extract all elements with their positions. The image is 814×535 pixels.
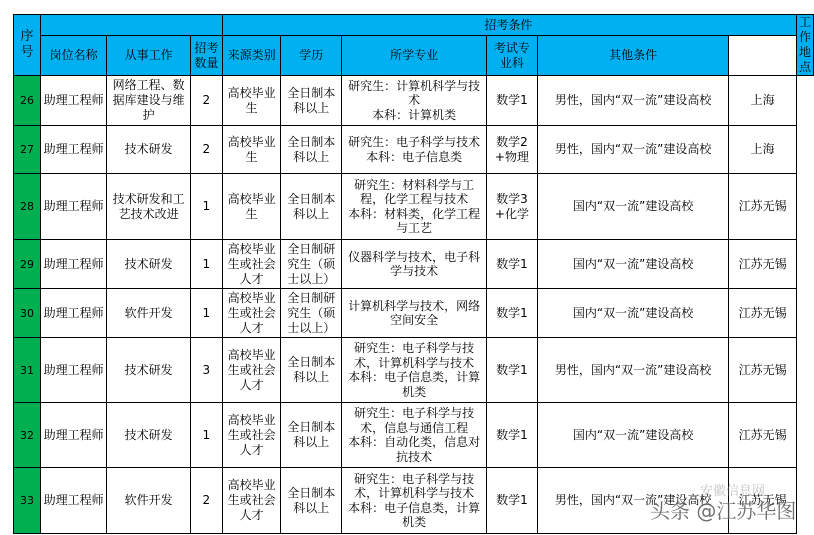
cell-exam: 数学1 bbox=[487, 403, 538, 468]
cell-source: 高校毕业生 bbox=[222, 174, 281, 240]
header-blank bbox=[40, 15, 222, 36]
cell-exam: 数学2+物理 bbox=[487, 126, 538, 174]
cell-work: 技术研发 bbox=[107, 403, 191, 468]
cell-education: 全日制本科以上 bbox=[281, 403, 342, 468]
table-row: 29助理工程师技术研发1高校毕业生或社会人才全日制研究生（硕士以上）仪器科学与技… bbox=[14, 240, 814, 289]
cell-seq: 26 bbox=[14, 76, 41, 126]
cell-other: 国内“双一流”建设高校 bbox=[537, 403, 729, 468]
cell-source: 高校毕业生或社会人才 bbox=[222, 468, 281, 534]
cell-major: 研究生：电子科学与技术，计算机科学与技术 本科：电子信息类，计算机类 bbox=[342, 468, 487, 534]
cell-work: 技术研发 bbox=[107, 240, 191, 289]
cell-exam: 数学1 bbox=[487, 468, 538, 534]
cell-education: 全日制本科以上 bbox=[281, 76, 342, 126]
cell-major: 研究生：计算机科学与技术 本科：计算机类 bbox=[342, 76, 487, 126]
cell-exam: 数学1 bbox=[487, 76, 538, 126]
cell-education: 全日制本科以上 bbox=[281, 174, 342, 240]
cell-count: 1 bbox=[190, 240, 222, 289]
cell-work: 技术研发 bbox=[107, 338, 191, 403]
header-location: 工作地点 bbox=[796, 15, 813, 76]
cell-position: 助理工程师 bbox=[40, 174, 107, 240]
cell-position: 助理工程师 bbox=[40, 240, 107, 289]
cell-other: 男性，国内“双一流”建设高校 bbox=[537, 76, 729, 126]
cell-source: 高校毕业生或社会人才 bbox=[222, 240, 281, 289]
cell-source: 高校毕业生 bbox=[222, 76, 281, 126]
cell-seq: 27 bbox=[14, 126, 41, 174]
cell-count: 2 bbox=[190, 468, 222, 534]
cell-location: 江苏无锡 bbox=[729, 289, 797, 338]
cell-education: 全日制本科以上 bbox=[281, 338, 342, 403]
header-source: 来源类别 bbox=[222, 36, 281, 76]
recruitment-table: 序号 招考条件 工作地点 岗位名称从事工作招考数量来源类别学历所学专业考试专业科… bbox=[13, 14, 814, 534]
cell-source: 高校毕业生或社会人才 bbox=[222, 289, 281, 338]
cell-count: 1 bbox=[190, 403, 222, 468]
watermark: 头条 @江苏华图 bbox=[650, 495, 796, 524]
cell-other: 国内“双一流”建设高校 bbox=[537, 174, 729, 240]
cell-source: 高校毕业生 bbox=[222, 126, 281, 174]
table-row: 32助理工程师技术研发1高校毕业生或社会人才全日制本科以上研究生：电子科学与技术… bbox=[14, 403, 814, 468]
cell-position: 助理工程师 bbox=[40, 126, 107, 174]
cell-seq: 30 bbox=[14, 289, 41, 338]
cell-work: 技术研发 bbox=[107, 126, 191, 174]
cell-work: 网络工程、数据库建设与维护 bbox=[107, 76, 191, 126]
cell-position: 助理工程师 bbox=[40, 403, 107, 468]
table-row: 27助理工程师技术研发2高校毕业生全日制本科以上研究生：电子科学与技术 本科：电… bbox=[14, 126, 814, 174]
cell-other: 国内“双一流”建设高校 bbox=[537, 240, 729, 289]
cell-count: 2 bbox=[190, 126, 222, 174]
header-major: 所学专业 bbox=[342, 36, 487, 76]
header-position: 岗位名称 bbox=[40, 36, 107, 76]
cell-location: 江苏无锡 bbox=[729, 240, 797, 289]
cell-major: 仪器科学与技术，电子科学与技术 bbox=[342, 240, 487, 289]
table-row: 28助理工程师技术研发和工艺技术改进1高校毕业生全日制本科以上研究生：材料科学与… bbox=[14, 174, 814, 240]
cell-major: 研究生：电子科学与技术，信息与通信工程 本科：自动化类，信息对抗技术 bbox=[342, 403, 487, 468]
cell-seq: 32 bbox=[14, 403, 41, 468]
cell-position: 助理工程师 bbox=[40, 338, 107, 403]
cell-work: 软件开发 bbox=[107, 289, 191, 338]
cell-exam: 数学3+化学 bbox=[487, 174, 538, 240]
cell-education: 全日制本科以上 bbox=[281, 468, 342, 534]
cell-other: 男性，国内“双一流”建设高校 bbox=[537, 338, 729, 403]
cell-education: 全日制研究生（硕士以上） bbox=[281, 289, 342, 338]
cell-location: 上海 bbox=[729, 126, 797, 174]
cell-exam: 数学1 bbox=[487, 240, 538, 289]
table-row: 31助理工程师技术研发3高校毕业生或社会人才全日制本科以上研究生：电子科学与技术… bbox=[14, 338, 814, 403]
cell-other: 男性，国内“双一流”建设高校 bbox=[537, 126, 729, 174]
cell-count: 1 bbox=[190, 174, 222, 240]
cell-location: 上海 bbox=[729, 76, 797, 126]
cell-position: 助理工程师 bbox=[40, 468, 107, 534]
header-seq: 序号 bbox=[14, 15, 41, 76]
cell-count: 1 bbox=[190, 289, 222, 338]
cell-seq: 33 bbox=[14, 468, 41, 534]
cell-count: 2 bbox=[190, 76, 222, 126]
table-row: 30助理工程师软件开发1高校毕业生或社会人才全日制研究生（硕士以上）计算机科学与… bbox=[14, 289, 814, 338]
header-exam: 考试专业科 bbox=[487, 36, 538, 76]
cell-source: 高校毕业生或社会人才 bbox=[222, 338, 281, 403]
header-work: 从事工作 bbox=[107, 36, 191, 76]
cell-education: 全日制研究生（硕士以上） bbox=[281, 240, 342, 289]
cell-exam: 数学1 bbox=[487, 338, 538, 403]
cell-major: 研究生：材料科学与工程，化学工程与技术 本科：材料类，化学工程与工艺 bbox=[342, 174, 487, 240]
cell-location: 江苏无锡 bbox=[729, 403, 797, 468]
cell-seq: 29 bbox=[14, 240, 41, 289]
cell-location: 江苏无锡 bbox=[729, 338, 797, 403]
cell-count: 3 bbox=[190, 338, 222, 403]
cell-exam: 数学1 bbox=[487, 289, 538, 338]
cell-major: 计算机科学与技术，网络空间安全 bbox=[342, 289, 487, 338]
cell-major: 研究生：电子科学与技术，计算机科学与技术 本科：电子信息类，计算机类 bbox=[342, 338, 487, 403]
cell-source: 高校毕业生或社会人才 bbox=[222, 403, 281, 468]
header-education: 学历 bbox=[281, 36, 342, 76]
cell-work: 技术研发和工艺技术改进 bbox=[107, 174, 191, 240]
header-group-title: 招考条件 bbox=[222, 15, 796, 36]
cell-other: 国内“双一流”建设高校 bbox=[537, 289, 729, 338]
table-row: 26助理工程师网络工程、数据库建设与维护2高校毕业生全日制本科以上研究生：计算机… bbox=[14, 76, 814, 126]
cell-major: 研究生：电子科学与技术 本科：电子信息类 bbox=[342, 126, 487, 174]
cell-location: 江苏无锡 bbox=[729, 174, 797, 240]
header-other: 其他条件 bbox=[537, 36, 729, 76]
header-count: 招考数量 bbox=[190, 36, 222, 76]
cell-seq: 28 bbox=[14, 174, 41, 240]
cell-position: 助理工程师 bbox=[40, 76, 107, 126]
cell-work: 软件开发 bbox=[107, 468, 191, 534]
cell-education: 全日制本科以上 bbox=[281, 126, 342, 174]
cell-seq: 31 bbox=[14, 338, 41, 403]
cell-position: 助理工程师 bbox=[40, 289, 107, 338]
